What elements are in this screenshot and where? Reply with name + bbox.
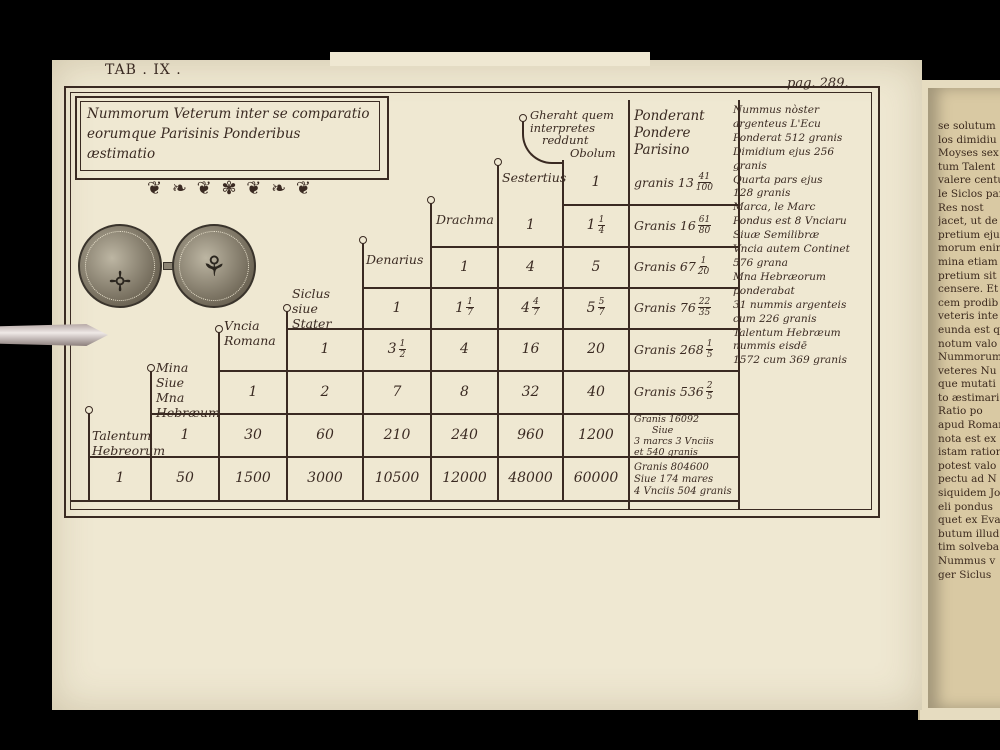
facing-page-line: nota est ex: [938, 433, 1000, 447]
facing-page-line: los dimidiu: [938, 134, 1000, 148]
cell-siclus-obolus: 20: [564, 328, 628, 370]
facing-page-line: pretium eju: [938, 229, 1000, 243]
facing-page-line: Nummorum: [938, 351, 1000, 365]
cell-vncia-denarius: 7: [364, 370, 430, 413]
chalice-icon: 🝊: [80, 250, 160, 307]
cell-drachma-sestertius: 4: [499, 246, 562, 287]
facing-page-text: se solutumlos dimidiuMoyses sextum Talen…: [938, 120, 1000, 582]
facing-page-line: veteres Nu: [938, 365, 1000, 379]
facing-page-line: cem prodib: [938, 297, 1000, 311]
cell-siclus-denarius: 3 12: [364, 328, 430, 370]
title-line: æstimatio: [87, 144, 373, 164]
facing-page-line: istam ratior: [938, 446, 1000, 460]
cell-drachma-obolus: 5: [564, 246, 628, 287]
note-line: Dimidium ejus 256: [733, 146, 873, 160]
pin-marker-icon: [427, 196, 435, 204]
page-knife-blade: [0, 324, 108, 346]
note-line: Pondus est 8 Vnciaru: [733, 215, 873, 229]
facing-page-line: que mutati: [938, 378, 1000, 392]
note-line: granis: [733, 160, 873, 174]
note-line: ponderabat: [733, 285, 873, 299]
pin-marker-icon: [147, 364, 155, 372]
note-line: Mna Hebræorum: [733, 271, 873, 285]
cell-mina-sestertius: 960: [499, 413, 562, 456]
lily-branch-icon: ⚘: [174, 250, 254, 283]
note-line: 31 nummis argenteis: [733, 299, 873, 313]
facing-page-line: potest valo: [938, 460, 1000, 474]
facing-page-line: censere. Et: [938, 283, 1000, 297]
note-line: nummis eisdē: [733, 340, 873, 354]
cell-vncia-siclus: 2: [288, 370, 362, 413]
cell-denarius-obolus: 5 57: [564, 287, 628, 328]
note-line: 128 granis: [733, 187, 873, 201]
note-line: Ponderat 512 granis: [733, 132, 873, 146]
title-line: eorumque Parisinis Ponderibus: [87, 124, 373, 144]
pondus-talentum: Granis 804600 Siue 174 mares 4 Vnciis 50…: [630, 462, 742, 498]
facing-page-line: notum valo: [938, 338, 1000, 352]
plate-number: TAB . IX .: [105, 62, 182, 78]
facing-page-line: valere centu: [938, 174, 1000, 188]
cell-siclus-drachma: 4: [432, 328, 497, 370]
note-line: 576 grana: [733, 257, 873, 271]
facing-page-line: quet ex Eva: [938, 514, 1000, 528]
side-notes: Nummus nòsterargenteus L'EcuPonderat 512…: [733, 104, 873, 368]
cell-vncia-vncia: 1: [220, 370, 286, 413]
pondus-drachma: Granis 67 120: [630, 246, 742, 287]
note-line: cum 226 granis: [733, 313, 873, 327]
note-line: Nummus nòster: [733, 104, 873, 118]
header-obolus: Gheraht quem interpretes reddunt Obolum: [530, 109, 616, 159]
header-ponderant: PonderantPondereParisino: [634, 108, 705, 159]
cell-mina-siclus: 60: [288, 413, 362, 456]
cell-mina-drachma: 240: [432, 413, 497, 456]
cell-talentum-vncia: 1500: [220, 456, 286, 500]
cell-talentum-denarius: 10500: [364, 456, 430, 500]
cell-talentum-talentum: 1: [90, 456, 150, 500]
facing-page-line: ger Siclus: [938, 569, 1000, 583]
cell-vncia-obolus: 40: [564, 370, 628, 413]
cell-talentum-drachma: 12000: [432, 456, 497, 500]
cell-obolus-obolus: 1: [564, 160, 628, 204]
cell-denarius-drachma: 1 17: [432, 287, 497, 328]
note-line: Marca, le Marc: [733, 201, 873, 215]
pondus-mina: Granis 16092 Siue 3 marcs 3 Vnciis et 54…: [630, 414, 742, 458]
header-drachma: Drachma: [436, 212, 494, 227]
pin-marker-icon: [215, 325, 223, 333]
cell-mina-obolus: 1200: [564, 413, 628, 456]
page-top-edge: [330, 52, 650, 66]
facing-page-line: tum Talent: [938, 161, 1000, 175]
note-line: argenteus L'Ecu: [733, 118, 873, 132]
facing-page-line: jacet, ut de: [938, 215, 1000, 229]
facing-page-line: Res nost: [938, 202, 1000, 216]
header-vncia: VnciaRomana: [224, 318, 276, 348]
facing-page-line: Ratio po: [938, 405, 1000, 419]
facing-page-line: morum enin: [938, 242, 1000, 256]
title-line: Nummorum Veterum inter se comparatio: [87, 104, 373, 124]
cell-denarius-denarius: 1: [364, 287, 430, 328]
header-siclus: SiclussiueStater: [292, 286, 331, 331]
shekel-reverse-coin: ⚘: [172, 224, 256, 308]
acanthus-flourish-icon: ❦ ❧ ❦ ✾ ❦ ❧ ❦: [70, 178, 390, 206]
pin-marker-icon: [85, 406, 93, 414]
facing-page-line: eunda est q: [938, 324, 1000, 338]
shekel-obverse-coin: 🝊: [78, 224, 162, 308]
facing-page-line: Moyses sex: [938, 147, 1000, 161]
header-mina: MinaSiue MnaHebræum: [156, 360, 220, 420]
note-line: Quarta pars ejus: [733, 174, 873, 188]
pondus-siclus: Granis 268 15: [630, 328, 742, 370]
pondus-sestertius: Granis 16 6180: [630, 204, 742, 246]
facing-page-line: mina etiam: [938, 256, 1000, 270]
note-line: Talentum Hebræum: [733, 327, 873, 341]
cell-talentum-siclus: 3000: [288, 456, 362, 500]
pondus-vncia: Granis 536 25: [630, 370, 742, 413]
cell-vncia-sestertius: 32: [499, 370, 562, 413]
cell-mina-denarius: 210: [364, 413, 430, 456]
header-denarius: Denarius: [366, 252, 423, 267]
facing-page-line: butum illud: [938, 528, 1000, 542]
facing-page-line: se solutum: [938, 120, 1000, 134]
pin-marker-icon: [283, 304, 291, 312]
cell-mina-mina: 1: [152, 413, 218, 456]
cell-sestertius-obolus: 1 14: [564, 204, 628, 246]
pin-marker-icon: [494, 158, 502, 166]
note-line: Siuæ Semilibræ: [733, 229, 873, 243]
facing-page-line: tim solveba: [938, 541, 1000, 555]
pondus-obolus: granis 13 41100: [630, 160, 742, 204]
facing-page-line: pretium sit: [938, 270, 1000, 284]
facing-page-line: pectu ad N: [938, 473, 1000, 487]
note-line: Vncia autem Continet: [733, 243, 873, 257]
cell-denarius-sestertius: 4 47: [499, 287, 562, 328]
cell-sestertius-sestertius: 1: [499, 204, 562, 246]
cell-vncia-drachma: 8: [432, 370, 497, 413]
facing-page-line: apud Romar: [938, 419, 1000, 433]
cell-talentum-obolus: 60000: [564, 456, 628, 500]
facing-page-line: Nummus v: [938, 555, 1000, 569]
cell-siclus-sestertius: 16: [499, 328, 562, 370]
cell-siclus-siclus: 1: [288, 328, 362, 370]
pin-marker-icon: [359, 236, 367, 244]
header-sestertius: Sestertius: [502, 170, 566, 185]
cell-mina-vncia: 30: [220, 413, 286, 456]
pondus-denarius: Granis 76 2235: [630, 287, 742, 328]
facing-page-line: le Siclos par: [938, 188, 1000, 202]
plate-title: Nummorum Veterum inter se comparatio eor…: [80, 101, 380, 171]
note-line: 1572 cum 369 granis: [733, 354, 873, 368]
facing-page-line: veteris inte: [938, 310, 1000, 324]
facing-page-line: siquidem Jo: [938, 487, 1000, 501]
facing-page-line: eli pondus: [938, 501, 1000, 515]
pin-marker-icon: [519, 114, 527, 122]
facing-page-line: to æstimari: [938, 392, 1000, 406]
cell-talentum-mina: 50: [152, 456, 218, 500]
cell-drachma-drachma: 1: [432, 246, 497, 287]
cell-talentum-sestertius: 48000: [499, 456, 562, 500]
